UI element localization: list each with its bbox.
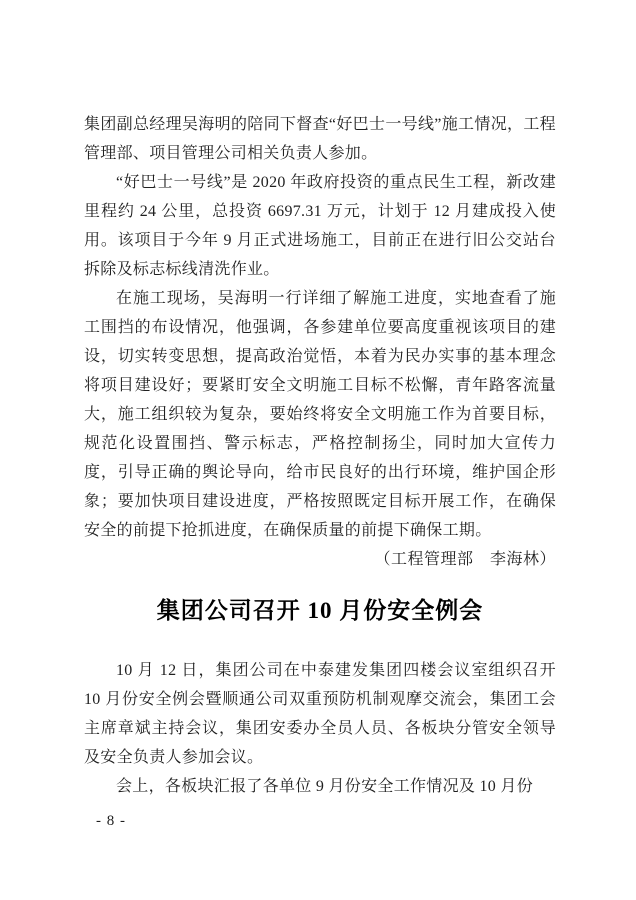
page-number: - 8 - bbox=[96, 810, 126, 832]
paragraph-meeting-intro: 10 月 12 日，集团公司在中泰建发集团四楼会议室组织召开 10 月份安全例会… bbox=[84, 656, 556, 772]
article-title: 集团公司召开 10 月份安全例会 bbox=[84, 596, 556, 626]
paragraph-meeting-report-truncated: 会上，各板块汇报了各单位 9 月份安全工作情况及 10 月份 bbox=[84, 772, 556, 801]
page-content: 集团副总经理吴海明的陪同下督查“好巴士一号线”施工情况，工程管理部、项目管理公司… bbox=[84, 110, 556, 801]
document-page: 集团副总经理吴海明的陪同下督查“好巴士一号线”施工情况，工程管理部、项目管理公司… bbox=[0, 0, 636, 900]
paragraph-site-inspection: 在施工现场，吴海明一行详细了解施工进度，实地查看了施工围挡的布设情况，他强调，各… bbox=[84, 284, 556, 545]
paragraph-project-overview: “好巴士一号线”是 2020 年政府投资的重点民生工程，新改建里程约 24 公里… bbox=[84, 168, 556, 284]
paragraph-continuation: 集团副总经理吴海明的陪同下督查“好巴士一号线”施工情况，工程管理部、项目管理公司… bbox=[84, 110, 556, 168]
article-byline: （工程管理部 李海林） bbox=[84, 545, 556, 574]
